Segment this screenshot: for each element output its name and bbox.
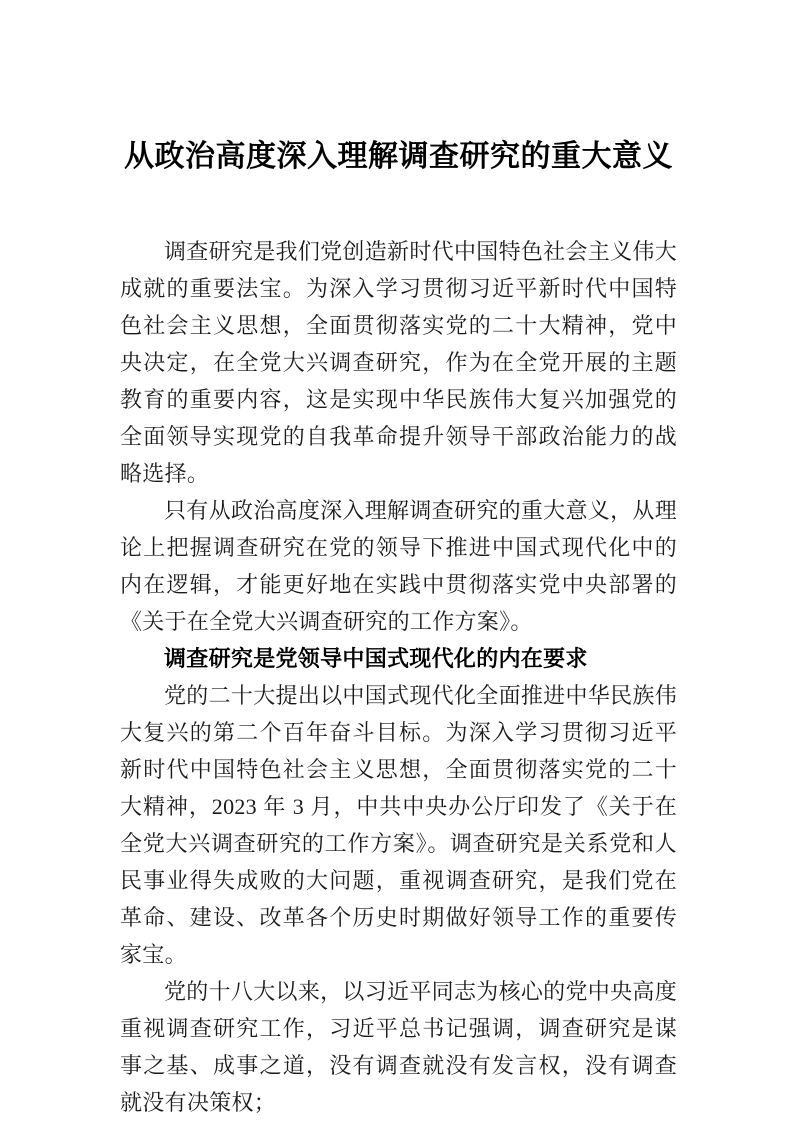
document-page: 从政治高度深入理解调查研究的重大意义 调查研究是我们党创造新时代中国特色社会主义…: [0, 0, 793, 1122]
document-content: 从政治高度深入理解调查研究的重大意义 调查研究是我们党创造新时代中国特色社会主义…: [120, 138, 677, 1121]
section-paragraph-2: 党的十八大以来，以习近平同志为核心的党中央高度重视调查研究工作，习近平总书记强调…: [120, 973, 677, 1121]
intro-paragraph-1: 调查研究是我们党创造新时代中国特色社会主义伟大成就的重要法宝。为深入学习贯彻习近…: [120, 233, 677, 492]
document-title: 从政治高度深入理解调查研究的重大意义: [120, 138, 677, 175]
section-heading: 调查研究是党领导中国式现代化的内在要求: [120, 640, 677, 677]
section-paragraph-1: 党的二十大提出以中国式现代化全面推进中华民族伟大复兴的第二个百年奋斗目标。为深入…: [120, 677, 677, 973]
intro-paragraph-2: 只有从政治高度深入理解调查研究的重大意义，从理论上把握调查研究在党的领导下推进中…: [120, 492, 677, 640]
